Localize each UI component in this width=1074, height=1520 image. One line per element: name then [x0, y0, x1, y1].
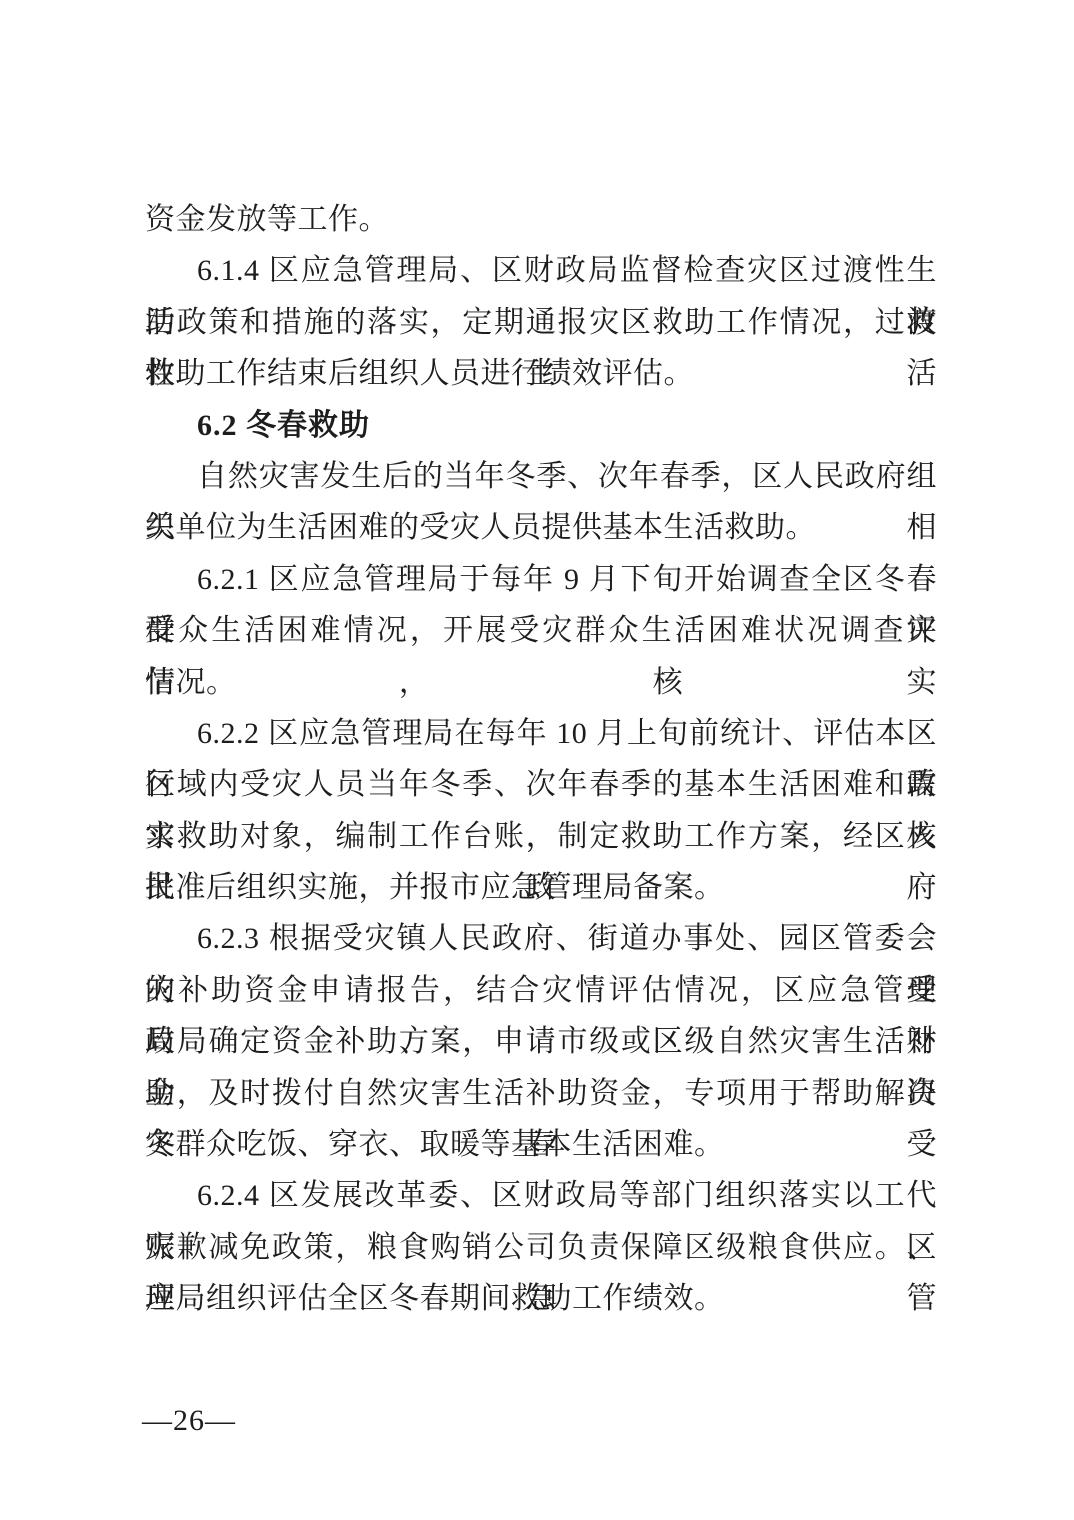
- text-line: 自然灾害发生后的当年冬季、次年春季，区人民政府组织相: [145, 451, 937, 502]
- text-line: 灾补助资金申请报告，结合灾情评估情况，区应急管理局、区财: [145, 965, 937, 1016]
- text-line: 灾歉减免政策，粮食购销公司负责保障区级粮食供应。区应急管: [145, 1222, 937, 1273]
- text-line: 金，及时拨付自然灾害生活补助资金，专项用于帮助解决冬春受: [145, 1068, 937, 1119]
- text-line: 政局确定资金补助方案，申请市级或区级自然灾害生活补助资: [145, 1016, 937, 1067]
- text-line: 6.2.4 区发展改革委、区财政局等部门组织落实以工代赈、: [145, 1170, 937, 1221]
- page-number: —26—: [142, 1404, 236, 1438]
- text-line: 群众生活困难情况，开展受灾群众生活困难状况调查评估，核实: [145, 605, 937, 656]
- text-line: 6.1.4 区应急管理局、区财政局监督检查灾区过渡性生活救: [145, 245, 937, 296]
- text-line: 6.2.1 区应急管理局于每年 9 月下旬开始调查全区冬春受灾: [145, 554, 937, 605]
- text-line: 6.2.2 区应急管理局在每年 10 月上旬前统计、评估本区行政: [145, 708, 937, 759]
- section-heading: 6.2 冬春救助: [145, 400, 937, 451]
- text-line: 资金发放等工作。: [145, 194, 937, 245]
- document-text-block: 资金发放等工作。 6.1.4 区应急管理局、区财政局监督检查灾区过渡性生活救 助…: [145, 194, 937, 1325]
- text-line: 6.2.3 根据受灾镇人民政府、街道办事处、园区管委会的受: [145, 913, 937, 964]
- text-line: 区域内受灾人员当年冬季、次年春季的基本生活困难和需求，核: [145, 759, 937, 810]
- document-page: 资金发放等工作。 6.1.4 区应急管理局、区财政局监督检查灾区过渡性生活救 助…: [0, 0, 1074, 1520]
- text-line: 助政策和措施的落实，定期通报灾区救助工作情况，过渡性生活: [145, 297, 937, 348]
- text-line: 实救助对象，编制工作台账，制定救助工作方案，经区人民政府: [145, 811, 937, 862]
